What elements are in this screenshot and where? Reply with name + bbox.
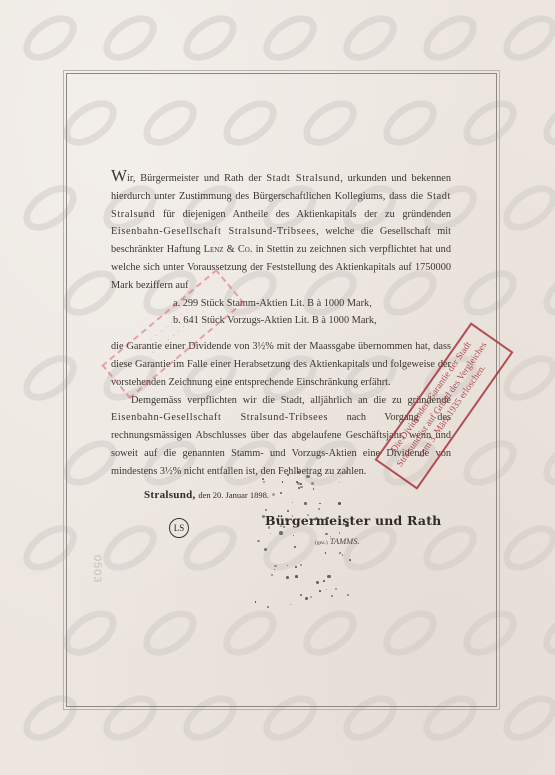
ink-specks (250, 470, 370, 620)
ls-seal-icon: LS (169, 518, 189, 538)
firm-name: Lenz & Co. (204, 244, 253, 255)
faint-serial-number: 0503 (91, 555, 103, 583)
drop-initial: W (111, 166, 127, 185)
intro-paragraph: Wir, Bürgermeister und Rath der Stadt St… (111, 167, 451, 295)
place: Stralsund, (144, 489, 196, 501)
share-item-a: a. 299 Stück Stamm-Aktien Lit. B à 1000 … (111, 295, 451, 313)
